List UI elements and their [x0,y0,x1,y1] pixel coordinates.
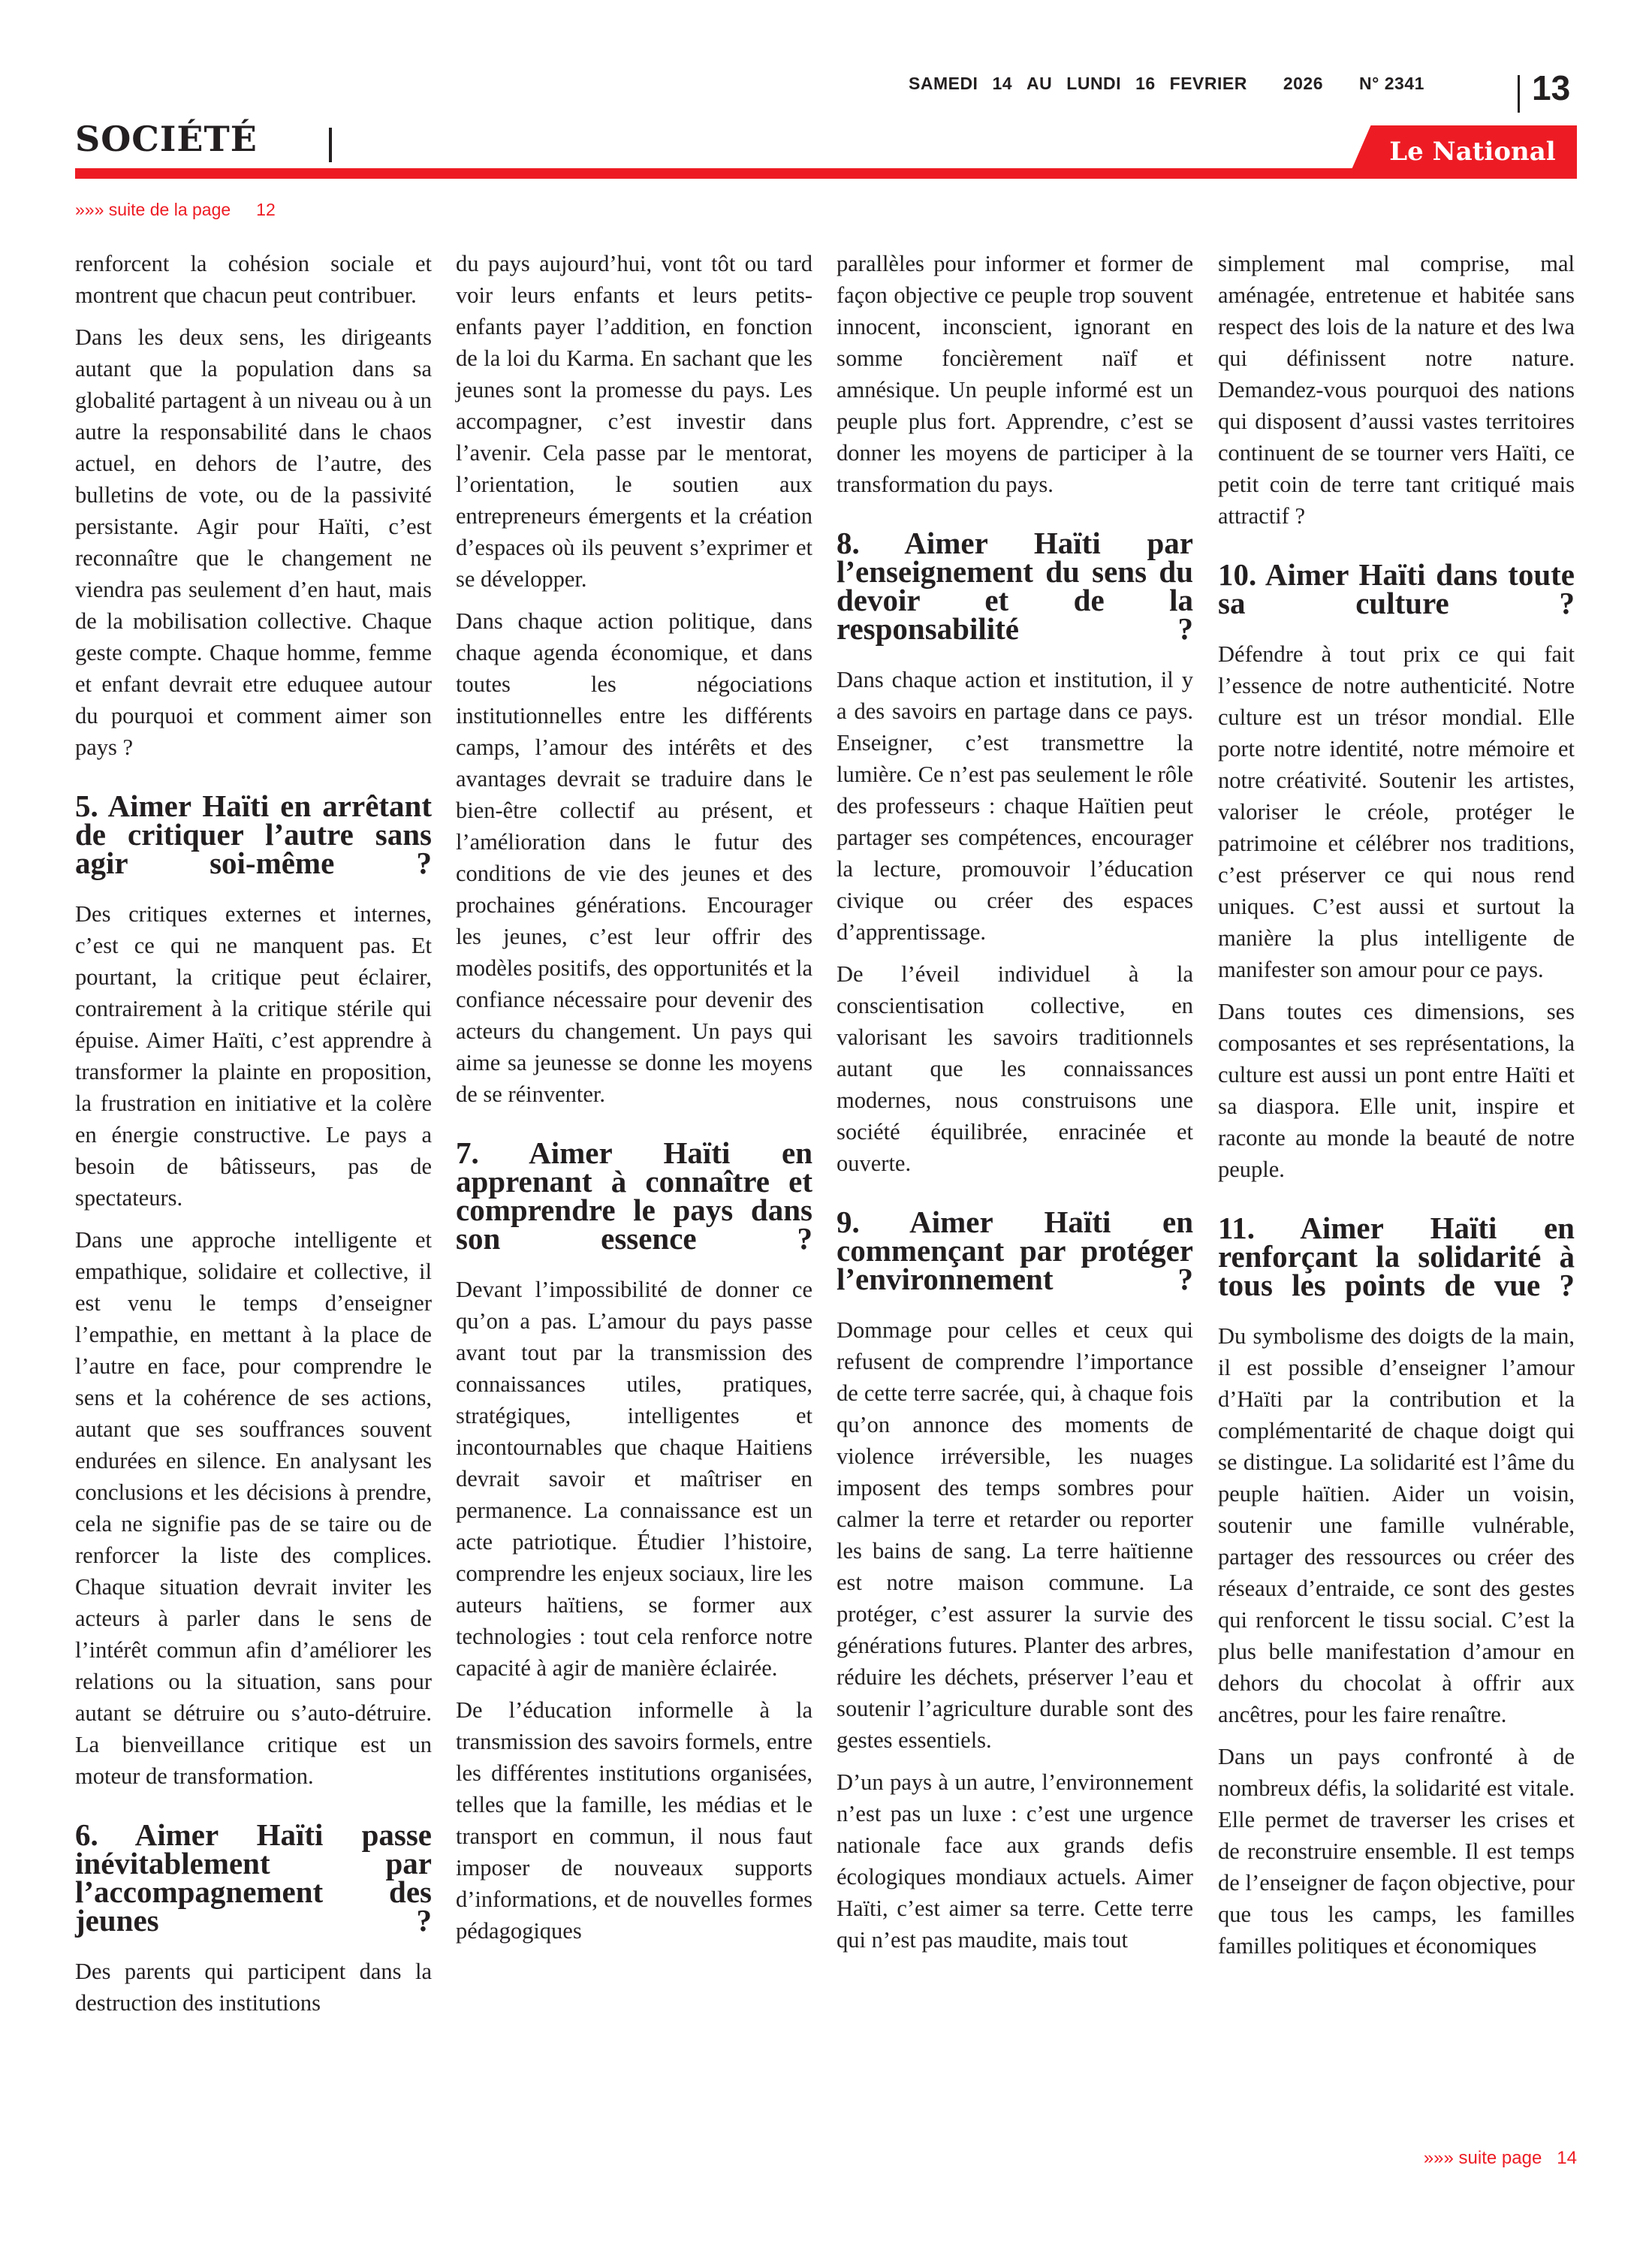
article-column-4: simplement mal comprise, mal aménagée, e… [1218,248,1575,1972]
issue-date-to: 16 [1135,74,1156,93]
paragraph: Dans toutes ces dimensions, ses composan… [1218,996,1575,1185]
page-number: 13 [1532,71,1570,105]
paragraph: Défendre à tout prix ce qui fait l’essen… [1218,638,1575,985]
section-divider [329,128,332,162]
paragraph: De l’éducation informelle à la transmiss… [456,1694,812,1947]
section-title: SOCIÉTÉ [75,119,258,159]
paragraph: Dans chaque action politique, dans chaqu… [456,605,812,1110]
issue-year: 2026 [1283,74,1323,93]
paragraph: Dans une approche intelligente et empath… [75,1224,432,1792]
paragraph: Du symbolisme des doigts de la main, il … [1218,1320,1575,1730]
issue-month: FEVRIER [1170,74,1247,93]
paragraph: Dommage pour celles et ceux qui refusent… [837,1314,1193,1756]
issue-day-to: LUNDI [1066,74,1121,93]
subheading-11: 11. Aimer Haïti en renforçant la solidar… [1218,1214,1575,1299]
article-column-1: renforcent la cohésion sociale et montre… [75,248,432,2029]
subheading-6: 6. Aimer Haïti passe inévitablement par … [75,1820,432,1935]
continued-from[interactable]: »»» suite de la page12 [75,200,276,220]
subheading-8: 8. Aimer Haïti par l’enseignement du sen… [837,529,1193,643]
issue-date-line: SAMEDI14AULUNDI16FEVRIER2026N° 2341 [909,74,1439,94]
paragraph: De l’éveil individuel à la conscientisat… [837,958,1193,1179]
issue-day-from: SAMEDI [909,74,978,93]
paragraph: parallèles pour informer et former de fa… [837,248,1193,500]
subheading-10: 10. Aimer Haïti dans toute sa culture ? [1218,560,1575,617]
paragraph: Dans un pays confronté à de nombreux déf… [1218,1741,1575,1962]
article-column-2: du pays aujourd’hui, vont tôt ou tard vo… [456,248,812,1957]
continued-to-label: »»» suite page [1424,2148,1542,2168]
subheading-9: 9. Aimer Haïti en commençant par protége… [837,1208,1193,1293]
continued-to-page: 14 [1557,2148,1577,2168]
issue-date-from: 14 [992,74,1012,93]
paragraph: renforcent la cohésion sociale et montre… [75,248,432,311]
subheading-7: 7. Aimer Haïti en apprenant à connaître … [456,1139,812,1253]
paragraph: Des parents qui participent dans la dest… [75,1956,432,2019]
brand-logo: Le National [1374,129,1571,174]
article-column-3: parallèles pour informer et former de fa… [837,248,1193,1966]
page-number-divider [1518,75,1520,113]
subheading-5: 5. Aimer Haïti en arrêtant de critiquer … [75,792,432,877]
paragraph: Devant l’impossibilité de donner ce qu’o… [456,1274,812,1684]
issue-au: AU [1026,74,1052,93]
continued-from-page: 12 [256,200,276,219]
continued-to[interactable]: »»» suite page14 [1424,2148,1577,2169]
paragraph: Dans chaque action et institution, il y … [837,664,1193,948]
paragraph: D’un pays à un autre, l’environnement n’… [837,1766,1193,1956]
paragraph: Dans les deux sens, les dirigeants autan… [75,321,432,763]
continued-from-label: »»» suite de la page [75,200,231,219]
issue-number: N° 2341 [1359,74,1424,93]
paragraph: du pays aujourd’hui, vont tôt ou tard vo… [456,248,812,595]
paragraph: simplement mal comprise, mal aménagée, e… [1218,248,1575,532]
paragraph: Des critiques externes et internes, c’es… [75,898,432,1214]
